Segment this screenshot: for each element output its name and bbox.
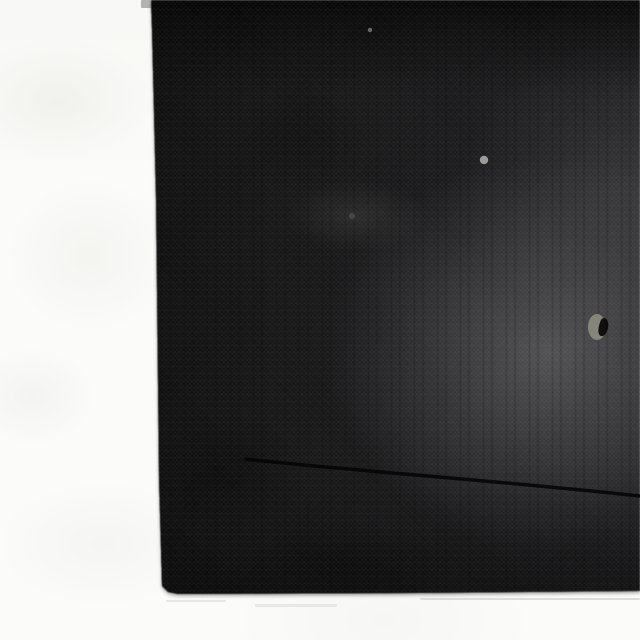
- photo-wrapper: [0, 0, 640, 640]
- dark-photograph: [0, 0, 640, 640]
- scanned-page: [0, 0, 640, 640]
